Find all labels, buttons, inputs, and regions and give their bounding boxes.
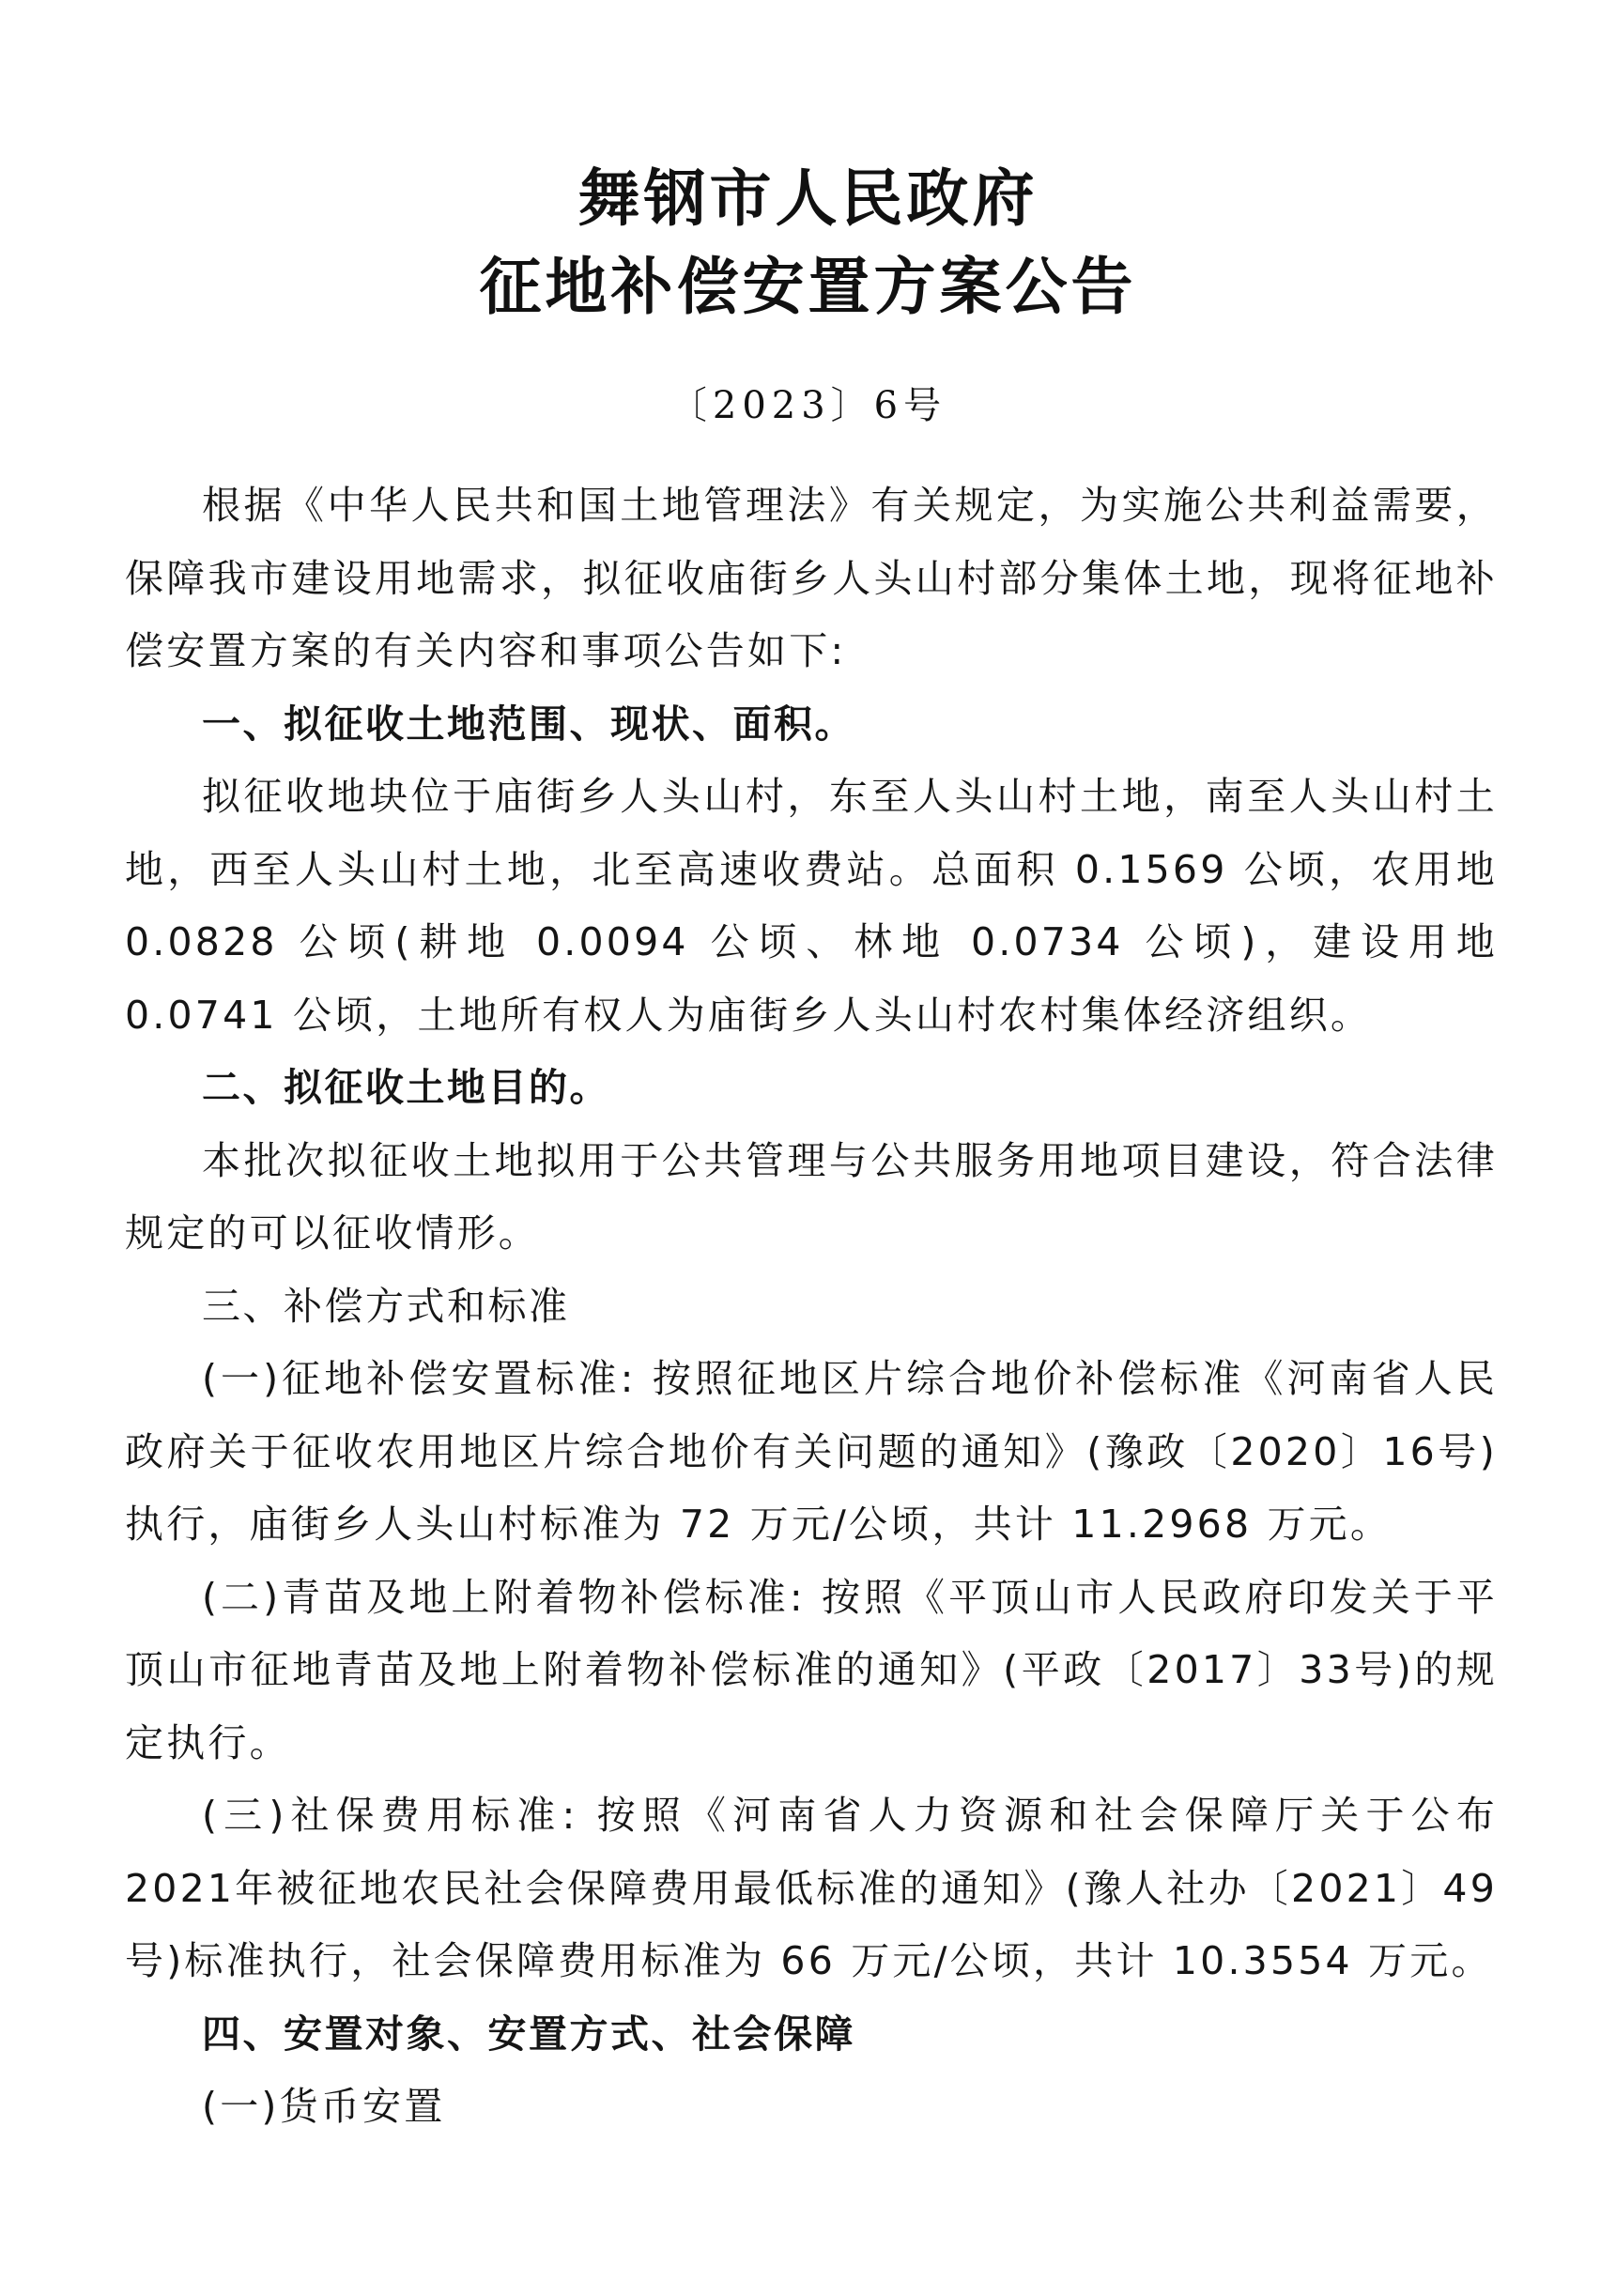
intro-paragraph: 根据《中华人民共和国土地管理法》有关规定，为实施公共利益需要，保障我市建设用地需… bbox=[125, 470, 1498, 688]
section-heading-4: 四、安置对象、安置方式、社会保障 bbox=[125, 1998, 1498, 2072]
section-heading-1: 一、拟征收土地范围、现状、面积。 bbox=[125, 688, 1498, 762]
section-heading-2: 二、拟征收土地目的。 bbox=[125, 1052, 1498, 1125]
purpose-paragraph: 本批次拟征收土地拟用于公共管理与公共服务用地项目建设，符合法律规定的可以征收情形… bbox=[125, 1125, 1498, 1271]
document-title-issuer: 舞钢市人民政府 bbox=[0, 148, 1616, 238]
compensation-standard-paragraph: (一)征地补偿安置标准: 按照征地区片综合地价补偿标准《河南省人民政府关于征收农… bbox=[125, 1343, 1498, 1562]
crops-attachments-paragraph: (二)青苗及地上附着物补偿标准: 按照《平顶山市人民政府印发关于平顶山市征地青苗… bbox=[125, 1562, 1498, 1780]
document-page: 舞钢市人民政府 征地补偿安置方案公告 〔2023〕6号 根据《中华人民共和国土地… bbox=[0, 0, 1616, 2296]
land-scope-paragraph: 拟征收地块位于庙街乡人头山村，东至人头山村土地，南至人头山村土地，西至人头山村土… bbox=[125, 761, 1498, 1052]
social-security-paragraph: (三)社保费用标准: 按照《河南省人力资源和社会保障厅关于公布2021年被征地农… bbox=[125, 1780, 1498, 1998]
monetary-resettlement-item: (一)货币安置 bbox=[125, 2071, 1498, 2144]
document-number: 〔2023〕6号 bbox=[0, 376, 1616, 429]
section-heading-3: 三、补偿方式和标准 bbox=[125, 1271, 1498, 1344]
document-title-subject: 征地补偿安置方案公告 bbox=[0, 237, 1616, 326]
document-body: 根据《中华人民共和国土地管理法》有关规定，为实施公共利益需要，保障我市建设用地需… bbox=[125, 470, 1498, 2144]
